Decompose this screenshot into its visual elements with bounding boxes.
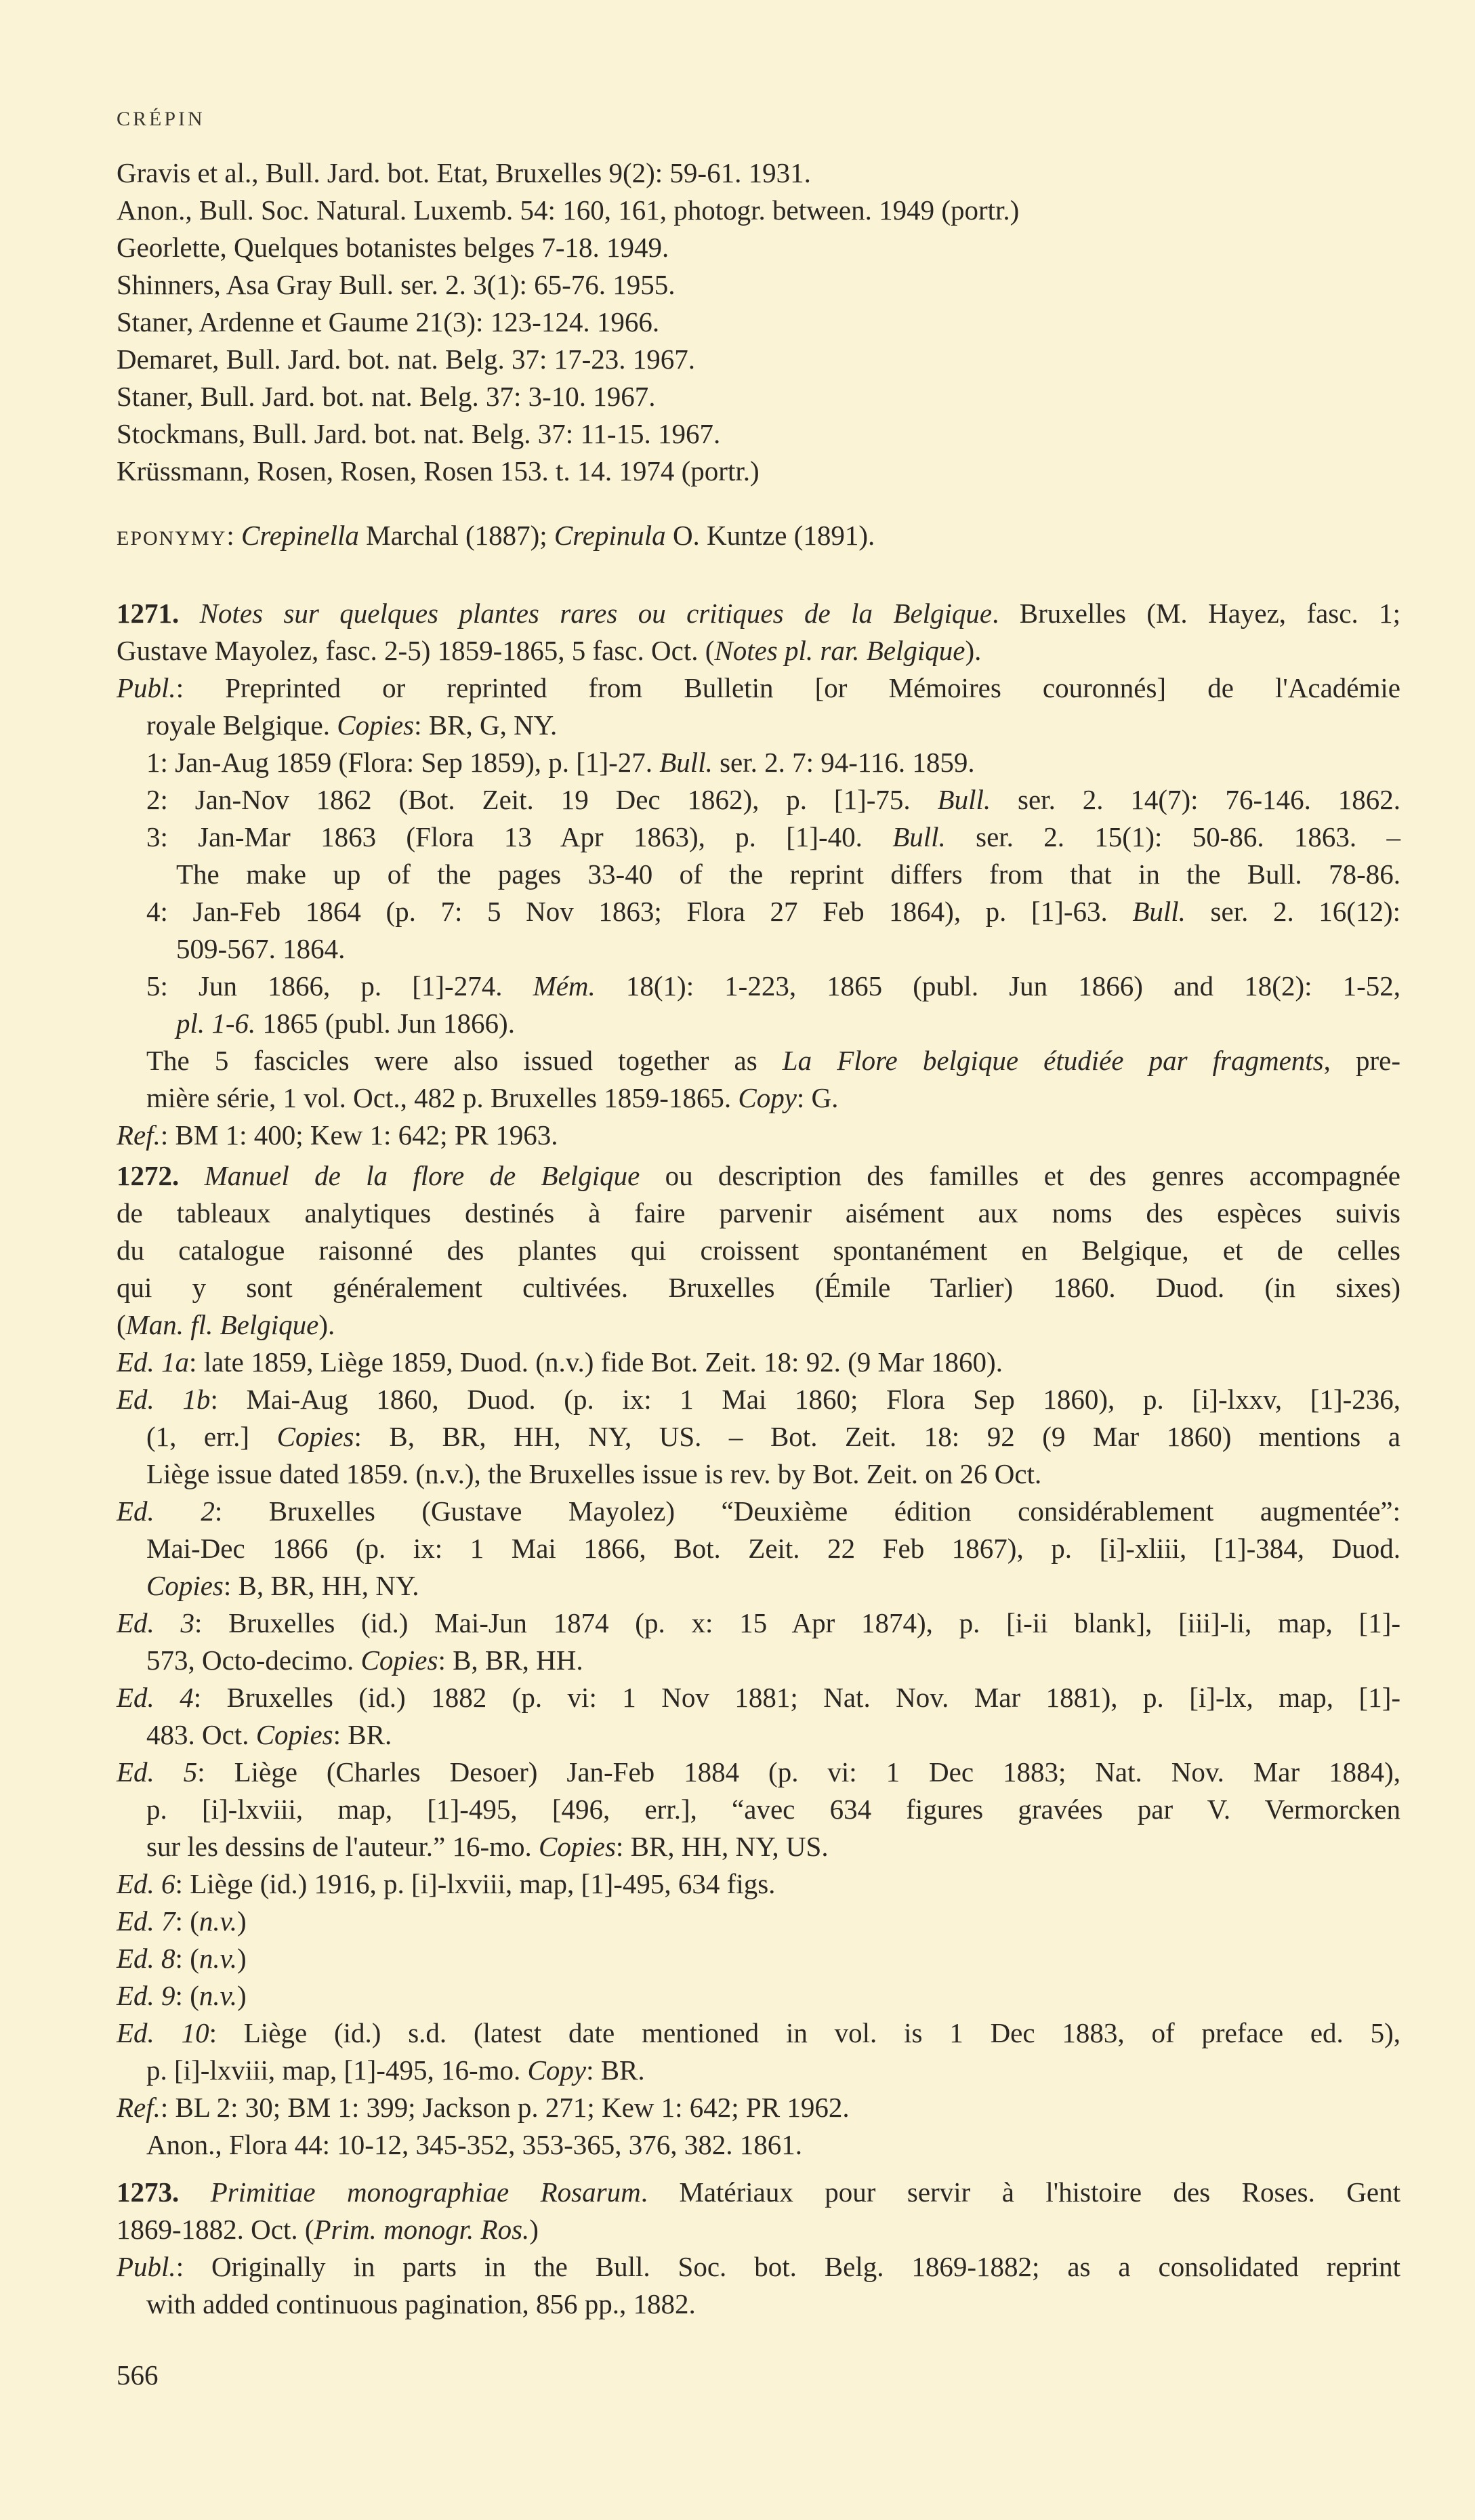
edition-7: Ed. 7: (n.v.) [117,1903,1400,1940]
eponym-genus: Crepinella [241,520,359,551]
edition-2: Ed. 2: Bruxelles (Gustave Mayolez) “Deux… [117,1493,1400,1530]
reference-line: Anon., Bull. Soc. Natural. Luxemb. 54: 1… [117,192,1400,229]
entry-number: 1273. [117,2176,179,2208]
reference-line: Stockmans, Bull. Jard. bot. nat. Belg. 3… [117,415,1400,453]
entry-number: 1272. [117,1160,179,1191]
edition-6: Ed. 6: Liège (id.) 1916, p. [i]-lxviii, … [117,1865,1400,1903]
entry-1272: 1272. Manuel de la flore de Belgique ou … [117,1157,1400,2164]
reference-line: Staner, Ardenne et Gaume 21(3): 123-124.… [117,304,1400,341]
fascicle-5: 5: Jun 1866, p. [1]-274. Mém. 18(1): 1-2… [117,968,1400,1005]
entry-1271: 1271. Notes sur quelques plantes rares o… [117,595,1400,1154]
reference-line: Demaret, Bull. Jard. bot. nat. Belg. 37:… [117,341,1400,378]
entry-references: Ref.: BM 1: 400; Kew 1: 642; PR 1963. [117,1117,1400,1154]
biographical-references: Gravis et al., Bull. Jard. bot. Etat, Br… [117,154,1400,490]
entry-title: Manuel de la flore de Belgique [205,1160,640,1191]
edition-9: Ed. 9: (n.v.) [117,1977,1400,2015]
title-abbreviation: Man. fl. Belgique [126,1309,319,1340]
entry-references: Ref.: BL 2: 30; BM 1: 399; Jackson p. 27… [117,2089,1400,2126]
running-head: CRÉPIN [117,100,205,138]
eponymy-label: EPONYMY [117,527,226,550]
eponym-genus: Crepinula [554,520,666,551]
entry-number: 1271. [117,598,179,629]
publ-label: Publ. [117,672,176,703]
edition-5: Ed. 5: Liège (Charles Desoer) Jan-Feb 18… [117,1754,1400,1791]
fascicle-3: 3: Jan-Mar 1863 (Flora 13 Apr 1863), p. … [117,819,1400,856]
reference-line: Georlette, Quelques botanistes belges 7-… [117,229,1400,266]
edition-1a: Ed. 1a: late 1859, Liège 1859, Duod. (n.… [117,1344,1400,1381]
edition-3: Ed. 3: Bruxelles (id.) Mai-Jun 1874 (p. … [117,1605,1400,1642]
reference-line: Staner, Bull. Jard. bot. nat. Belg. 37: … [117,378,1400,415]
entry-title: Primitiae monographiae Rosarum [211,2176,641,2208]
edition-1b: Ed. 1b: Mai-Aug 1860, Duod. (p. ix: 1 Ma… [117,1381,1400,1418]
entry-1273: 1273. Primitiae monographiae Rosarum. Ma… [117,2174,1400,2323]
reference-line: Krüssmann, Rosen, Rosen, Rosen 153. t. 1… [117,453,1400,490]
page-number: 566 [117,2357,159,2394]
title-abbreviation: Prim. monogr. Ros. [314,2214,530,2245]
edition-10: Ed. 10: Liège (id.) s.d. (latest date me… [117,2015,1400,2052]
edition-4: Ed. 4: Bruxelles (id.) 1882 (p. vi: 1 No… [117,1679,1400,1716]
edition-8: Ed. 8: (n.v.) [117,1940,1400,1977]
eponymy: EPONYMY: Crepinella Marchal (1887); Crep… [117,517,1400,557]
reference-line: Gravis et al., Bull. Jard. bot. Etat, Br… [117,154,1400,192]
fascicle-4: 4: Jan-Feb 1864 (p. 7: 5 Nov 1863; Flora… [117,893,1400,930]
title-abbreviation: Notes pl. rar. Belgique [714,635,965,666]
fascicle-2: 2: Jan-Nov 1862 (Bot. Zeit. 19 Dec 1862)… [117,781,1400,819]
entry-title: Notes sur quelques plantes rares ou crit… [200,598,992,629]
fascicle-note: The 5 fascicles were also issued togethe… [117,1042,1400,1079]
fascicle-1: 1: Jan-Aug 1859 (Flora: Sep 1859), p. [1… [117,744,1400,781]
reference-line: Shinners, Asa Gray Bull. ser. 2. 3(1): 6… [117,266,1400,304]
